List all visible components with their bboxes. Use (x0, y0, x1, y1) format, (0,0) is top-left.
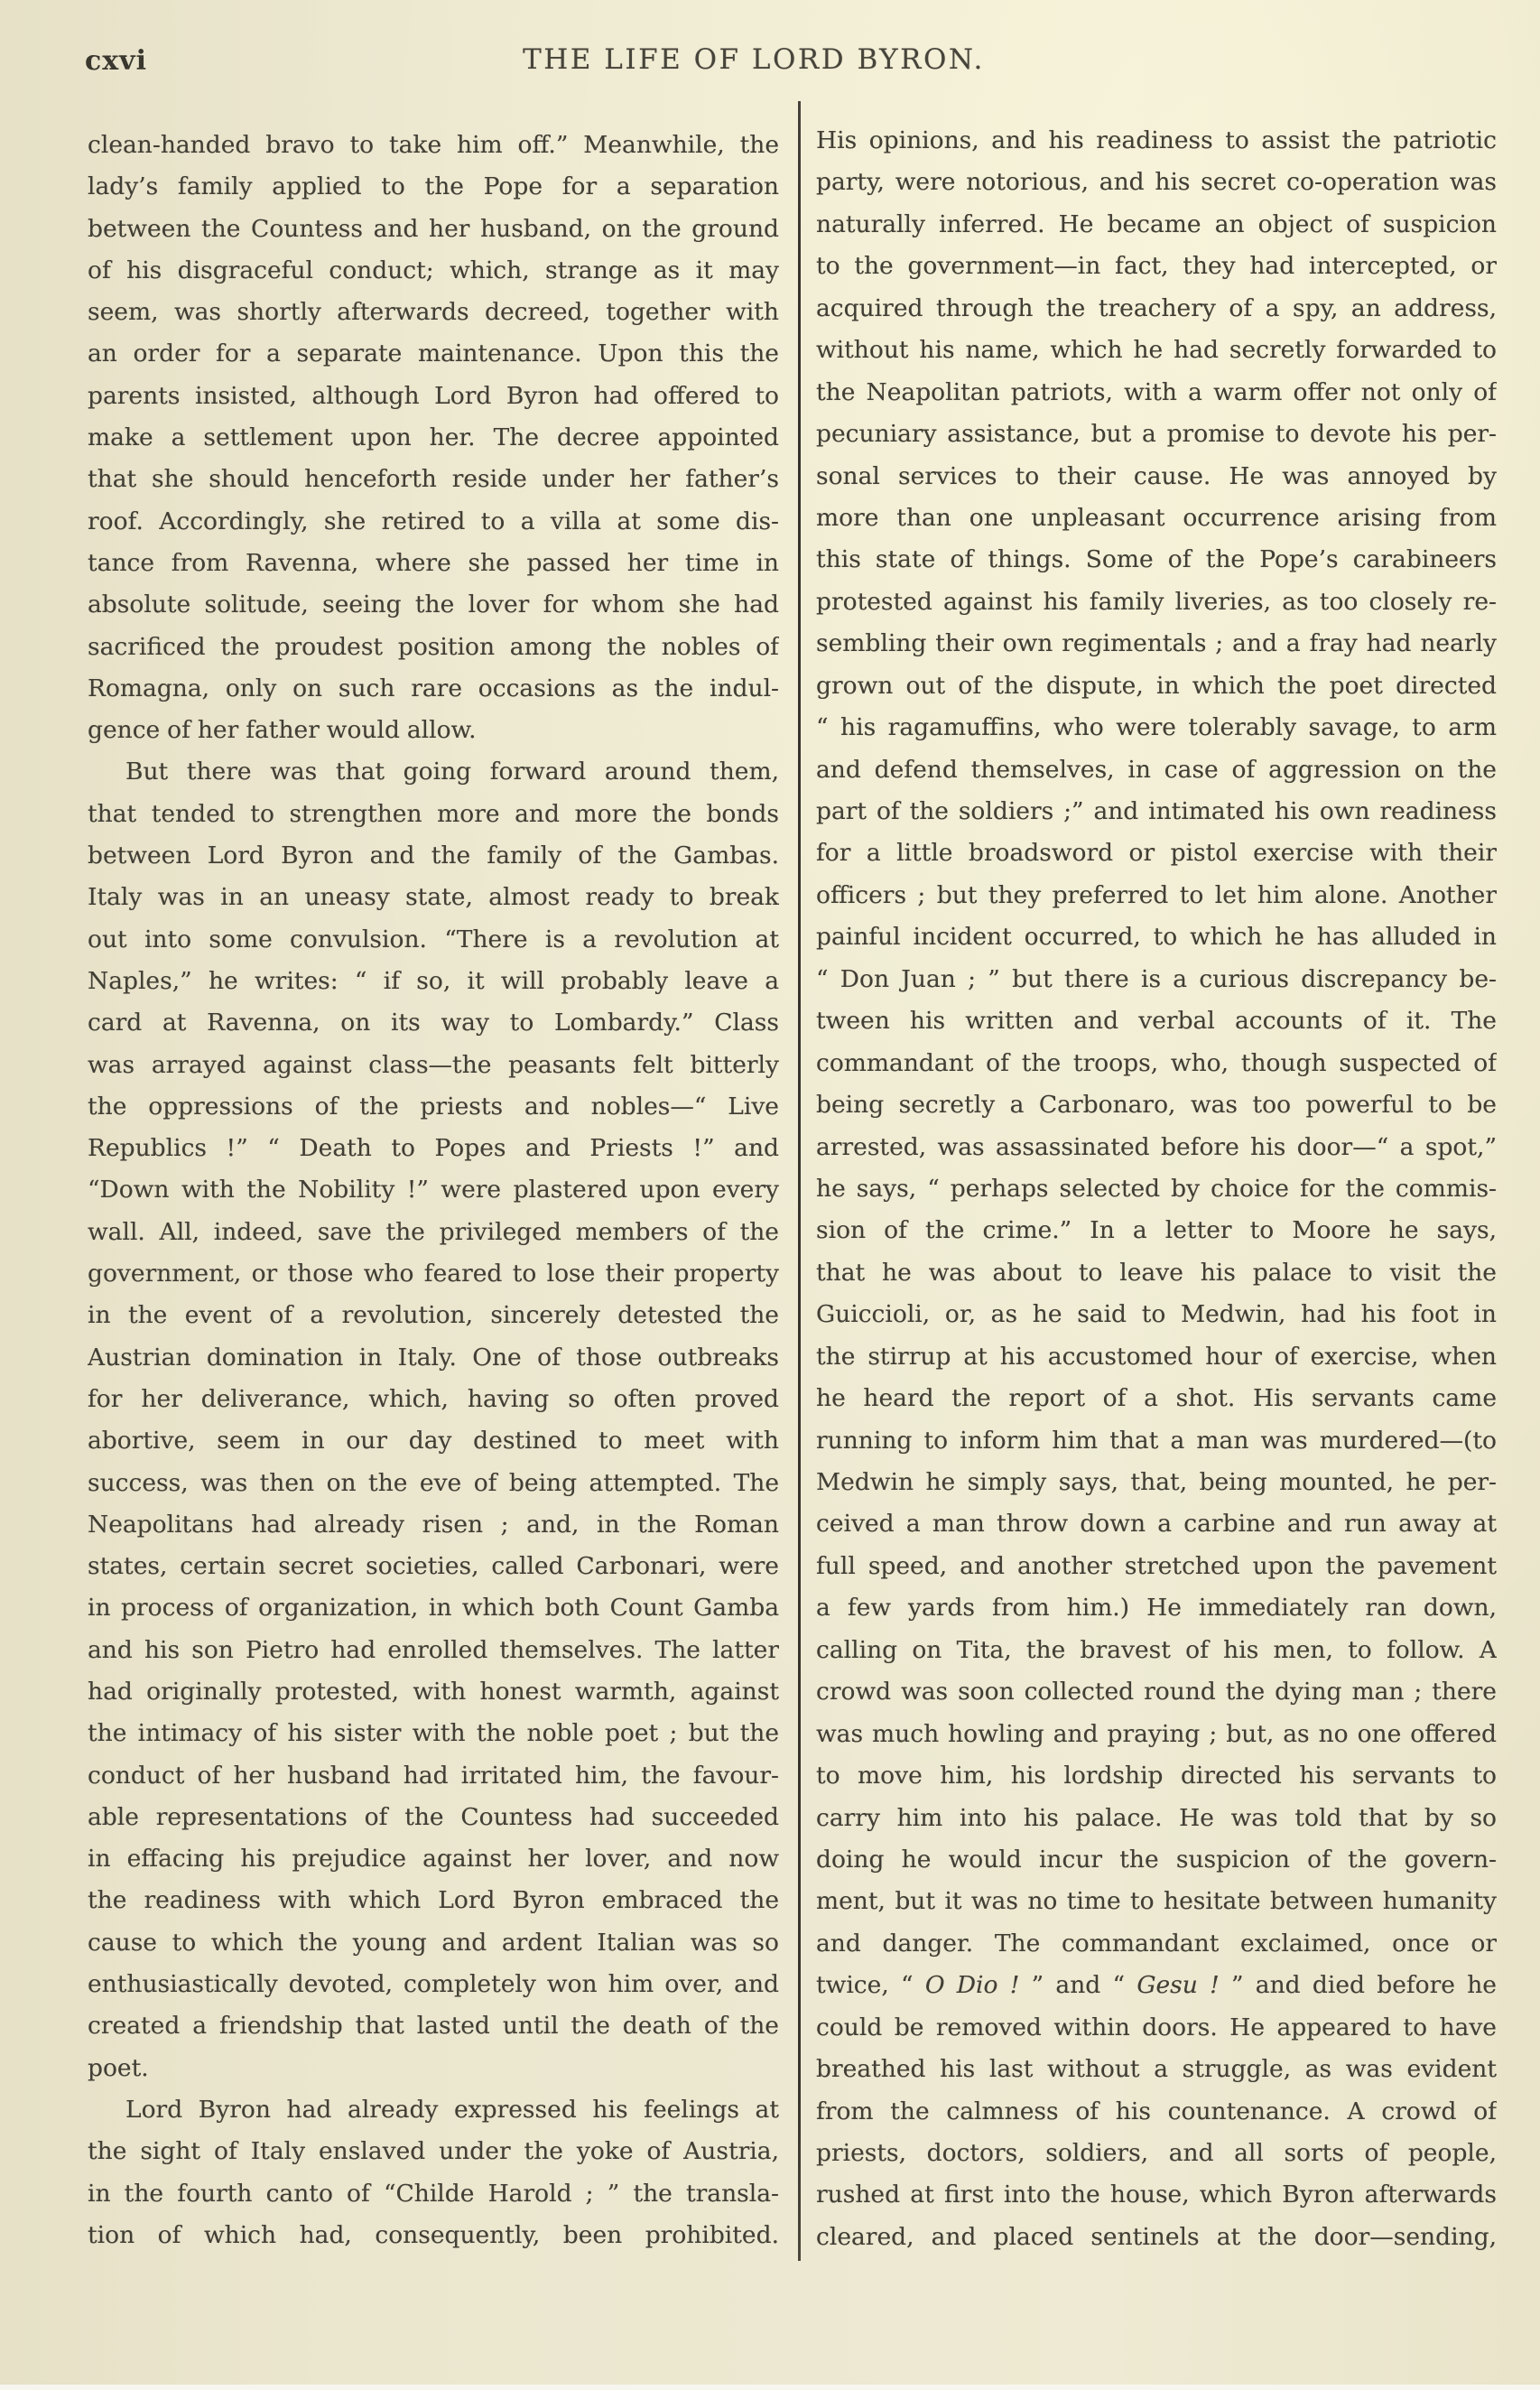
text-line: “ Don Juan ; ” but there is a curious di… (816, 959, 1497, 1000)
text-line: commandant of the troops, who, though su… (816, 1043, 1497, 1084)
text-line: ment, but it was no time to hesitate bet… (816, 1881, 1497, 1922)
text-line: was much howling and praying ; but, as n… (816, 1714, 1497, 1755)
text-line: doing he would incur the suspicion of th… (816, 1839, 1497, 1881)
text-line: that tended to strengthen more and more … (88, 794, 779, 835)
text-line: Naples,” he writes: “ if so, it will pro… (88, 961, 779, 1002)
text-line: carry him into his palace. He was told t… (816, 1798, 1497, 1839)
text-line: could be removed within doors. He appear… (816, 2007, 1497, 2049)
text-line: twice, “ O Dio ! ” and “ Gesu ! ” and di… (816, 1965, 1497, 2006)
text-line: sonal services to their cause. He was an… (816, 456, 1497, 498)
text-line: part of the soldiers ;” and intimated hi… (816, 791, 1497, 832)
text-line: had originally protested, with honest wa… (88, 1671, 779, 1713)
left-column: clean-handed bravo to take him off.” Mea… (88, 125, 779, 2256)
text-line: full speed, and another stretched upon t… (816, 1546, 1497, 1587)
text-line: cleared, and placed sentinels at the doo… (816, 2217, 1497, 2258)
text-line: rushed at first into the house, which By… (816, 2174, 1497, 2216)
text-line: painful incident occurred, to which he h… (816, 916, 1497, 958)
text-line: ceived a man throw down a carbine and ru… (816, 1503, 1497, 1545)
text-line: absolute solitude, seeing the lover for … (88, 584, 779, 626)
text-line: poet. (88, 2048, 779, 2089)
text-line: government, or those who feared to lose … (88, 1253, 779, 1295)
text-line: Medwin he simply says, that, being mount… (816, 1462, 1497, 1503)
text-line: a few yards from him.) He immediately ra… (816, 1587, 1497, 1629)
right-column: His opinions, and his readiness to assis… (816, 120, 1497, 2258)
text-line: for a little broadsword or pistol exerci… (816, 832, 1497, 874)
text-line: running to inform him that a man was mur… (816, 1420, 1497, 1462)
text-line: sacrificed the proudest position among t… (88, 627, 779, 668)
text-line: states, certain secret societies, called… (88, 1546, 779, 1587)
text-line: Guiccioli, or, as he said to Medwin, had… (816, 1294, 1497, 1335)
text-line: card at Ravenna, on its way to Lombardy.… (88, 1002, 779, 1044)
text-line: But there was that going forward around … (88, 751, 779, 793)
text-line: protested against his family liveries, a… (816, 581, 1497, 623)
text-line: tance from Ravenna, where she passed her… (88, 543, 779, 584)
text-line: arrested, was assassinated before his do… (816, 1127, 1497, 1168)
text-line: seem, was shortly afterwards decreed, to… (88, 292, 779, 333)
text-line: “ his ragamuffins, who were tolerably sa… (816, 707, 1497, 749)
text-line: and defend themselves, in case of aggres… (816, 749, 1497, 791)
text-line: abortive, seem in our day destined to me… (88, 1420, 779, 1462)
text-line: roof. Accordingly, she retired to a vill… (88, 501, 779, 543)
text-line: for her deliverance, which, having so of… (88, 1379, 779, 1420)
text-line: the Neapolitan patriots, with a warm off… (816, 372, 1497, 414)
text-line: grown out of the dispute, in which the p… (816, 665, 1497, 707)
text-line: Lord Byron had already expressed his fee… (88, 2089, 779, 2131)
text-line: “Down with the Nobility !” were plastere… (88, 1169, 779, 1211)
text-line: in effacing his prejudice against her lo… (88, 1838, 779, 1880)
text-line: Austrian domination in Italy. One of tho… (88, 1337, 779, 1379)
page-bottom-edge (0, 2385, 1540, 2390)
text-line: to move him, his lordship directed his s… (816, 1755, 1497, 1797)
column-divider-rule (798, 101, 801, 2261)
text-line: pecuniary assistance, but a promise to d… (816, 414, 1497, 455)
text-line: and danger. The commandant exclaimed, on… (816, 1923, 1497, 1965)
text-line: in the fourth canto of “Childe Harold ; … (88, 2173, 779, 2215)
text-line: between the Countess and her husband, on… (88, 209, 779, 250)
text-line: success, was then on the eve of being at… (88, 1463, 779, 1504)
text-line: created a friendship that lasted until t… (88, 2005, 779, 2047)
text-line: Italy was in an uneasy state, almost rea… (88, 877, 779, 918)
text-line: was arrayed against class—the peasants f… (88, 1045, 779, 1086)
running-title: THE LIFE OF LORD BYRON. (0, 43, 1508, 76)
text-line: without his name, which he had secretly … (816, 330, 1497, 371)
text-line: tion of which had, consequently, been pr… (88, 2215, 779, 2256)
text-line: out into some convulsion. “There is a re… (88, 919, 779, 961)
text-line: and his son Pietro had enrolled themselv… (88, 1630, 779, 1671)
text-line: this state of things. Some of the Pope’s… (816, 539, 1497, 581)
text-line: party, were notorious, and his secret co… (816, 162, 1497, 203)
text-line: conduct of her husband had irritated him… (88, 1755, 779, 1797)
book-page: { "header": { "page_number": "cxvi", "ti… (0, 0, 1540, 2390)
text-line: he says, “ perhaps selected by choice fo… (816, 1168, 1497, 1210)
text-line: from the calmness of his countenance. A … (816, 2091, 1497, 2133)
text-line: officers ; but they preferred to let him… (816, 875, 1497, 916)
text-line: the sight of Italy enslaved under the yo… (88, 2131, 779, 2172)
text-line: make a settlement upon her. The decree a… (88, 417, 779, 459)
text-line: lady’s family applied to the Pope for a … (88, 166, 779, 208)
text-line: gence of her father would allow. (88, 710, 779, 751)
text-line: the intimacy of his sister with the nobl… (88, 1713, 779, 1754)
text-line: Neapolitans had already risen ; and, in … (88, 1504, 779, 1546)
text-line: priests, doctors, soldiers, and all sort… (816, 2133, 1497, 2174)
text-line: in the event of a revolution, sincerely … (88, 1295, 779, 1336)
text-line: breathed his last without a struggle, as… (816, 2049, 1497, 2090)
text-line: to the government—in fact, they had inte… (816, 246, 1497, 287)
text-line: tween his written and verbal accounts of… (816, 1000, 1497, 1042)
text-line: parents insisted, although Lord Byron ha… (88, 376, 779, 417)
text-line: more than one unpleasant occurrence aris… (816, 498, 1497, 539)
text-line: naturally inferred. He became an object … (816, 204, 1497, 246)
text-line: the stirrup at his accustomed hour of ex… (816, 1336, 1497, 1378)
text-line: sembling their own regimentals ; and a f… (816, 623, 1497, 665)
text-line: crowd was soon collected round the dying… (816, 1671, 1497, 1713)
text-line: the readiness with which Lord Byron embr… (88, 1880, 779, 1921)
text-line: an order for a separate maintenance. Upo… (88, 333, 779, 375)
text-line: that she should henceforth reside under … (88, 459, 779, 500)
text-line: His opinions, and his readiness to assis… (816, 120, 1497, 162)
text-line: clean-handed bravo to take him off.” Mea… (88, 125, 779, 166)
text-line: between Lord Byron and the family of the… (88, 835, 779, 877)
text-line: cause to which the young and ardent Ital… (88, 1922, 779, 1964)
text-line: able representations of the Countess had… (88, 1797, 779, 1838)
text-line: calling on Tita, the bravest of his men,… (816, 1630, 1497, 1671)
text-line: acquired through the treachery of a spy,… (816, 288, 1497, 330)
text-line: the oppressions of the priests and noble… (88, 1086, 779, 1128)
text-line: Romagna, only on such rare occasions as … (88, 668, 779, 710)
text-line: of his disgraceful conduct; which, stran… (88, 250, 779, 292)
text-line: being secretly a Carbonaro, was too powe… (816, 1084, 1497, 1126)
text-line: in process of organization, in which bot… (88, 1587, 779, 1629)
text-line: that he was about to leave his palace to… (816, 1252, 1497, 1294)
text-line: wall. All, indeed, save the privileged m… (88, 1212, 779, 1253)
text-line: enthusiastically devoted, completely won… (88, 1964, 779, 2005)
text-line: he heard the report of a shot. His serva… (816, 1378, 1497, 1419)
text-line: Republics !” “ Death to Popes and Priest… (88, 1128, 779, 1169)
text-line: sion of the crime.” In a letter to Moore… (816, 1210, 1497, 1251)
